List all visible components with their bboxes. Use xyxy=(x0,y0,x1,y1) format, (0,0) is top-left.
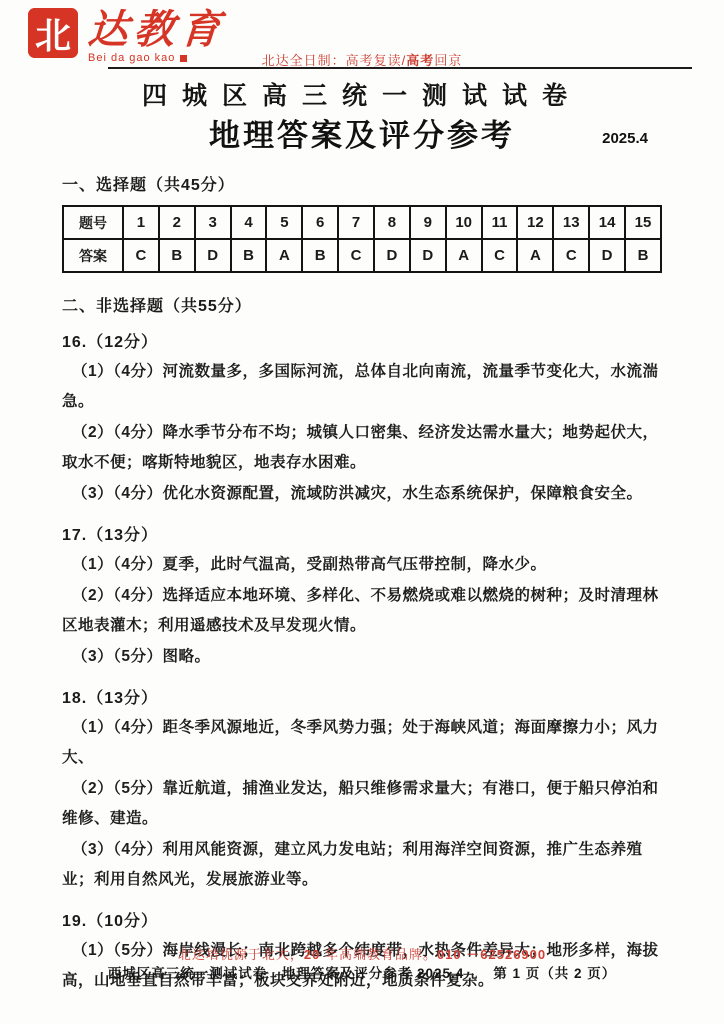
table-cell: C xyxy=(482,239,518,272)
table-row-label: 答案 xyxy=(63,239,123,272)
section1-heading: 一、选择题（共45分） xyxy=(62,172,663,195)
table-cell: 7 xyxy=(338,206,374,239)
table-row-label: 题号 xyxy=(63,206,123,239)
table-cell: 11 xyxy=(482,206,518,239)
table-cell: D xyxy=(195,239,231,272)
table-cell: D xyxy=(410,239,446,272)
answer-item: （3）（4分）优化水资源配置，流域防洪减灾，水生态系统保护，保障粮食安全。 xyxy=(62,479,663,509)
table-cell: 13 xyxy=(553,206,589,239)
answer-item: （2）（4分）选择适应本地环境、多样化、不易燃烧或难以燃烧的树种；及时清理林区地… xyxy=(62,581,663,641)
table-cell: D xyxy=(374,239,410,272)
answer-item: （2）（4分）降水季节分布不均；城镇人口密集、经济发达需水量大；地势起伏大，取水… xyxy=(62,418,663,478)
tagline-suffix: 回京 xyxy=(434,53,462,68)
table-cell: 4 xyxy=(231,206,267,239)
answer-item: （1）（4分）河流数量多，多国际河流，总体自北向南流，流量季节变化大，水流湍急。 xyxy=(62,357,663,417)
answer-item: （3）（4分）利用风能资源，建立风力发电站；利用海洋空间资源，推广生态养殖业；利… xyxy=(62,835,663,895)
question-block-16: 16.（12分） （1）（4分）河流数量多，多国际河流，总体自北向南流，流量季节… xyxy=(62,329,663,509)
table-cell: 3 xyxy=(195,206,231,239)
question-block-18: 18.（13分） （1）（4分）距冬季风源地近，冬季风势力强；处于海峡风道；海面… xyxy=(62,685,663,895)
table-cell: 10 xyxy=(446,206,482,239)
main-content: 一、选择题（共45分） 题号123456789101112131415答案CBD… xyxy=(62,172,663,997)
table-cell: 8 xyxy=(374,206,410,239)
table-cell: 15 xyxy=(625,206,661,239)
logo-calligraphy-text: 达教育 xyxy=(86,8,227,52)
answer-item: （2）（5分）靠近航道，捕渔业发达，船只维修需求量大；有港口，便于船只停泊和维修… xyxy=(62,774,663,834)
table-cell: 1 xyxy=(123,206,159,239)
table-cell: 12 xyxy=(517,206,553,239)
table-cell: A xyxy=(517,239,553,272)
promo-year: 20 xyxy=(304,947,320,962)
table-cell: 5 xyxy=(266,206,302,239)
tagline-prefix: 北达全日制：高考复读/ xyxy=(262,53,407,68)
table-cell: A xyxy=(266,239,302,272)
table-cell: D xyxy=(589,239,625,272)
answer-table: 题号123456789101112131415答案CBDBABCDDACACDB xyxy=(62,205,662,273)
question-title: 16.（12分） xyxy=(62,329,663,352)
table-cell: 2 xyxy=(159,206,195,239)
answer-item: （3）（5分）图略。 xyxy=(62,642,663,672)
table-cell: B xyxy=(231,239,267,272)
table-cell: C xyxy=(553,239,589,272)
question-title: 19.（10分） xyxy=(62,908,663,931)
promo-prefix: 北达培优源于北大， xyxy=(178,947,304,962)
table-cell: 6 xyxy=(302,206,338,239)
question-title: 18.（13分） xyxy=(62,685,663,708)
document-page: 北 达教育 Bei da gao kao 北达全日制：高考复读/高考回京 四城区… xyxy=(0,0,724,1024)
table-cell: 9 xyxy=(410,206,446,239)
table-cell: B xyxy=(159,239,195,272)
promo-phone: 010 －62526900 xyxy=(437,947,546,962)
question-title: 17.（13分） xyxy=(62,522,663,545)
table-cell: 14 xyxy=(589,206,625,239)
exam-title: 四城区高三统一测试试卷 xyxy=(0,76,724,112)
exam-date: 2025.4 xyxy=(602,130,648,147)
header-divider-line xyxy=(108,67,692,69)
table-cell: B xyxy=(625,239,661,272)
answer-item: （1）（4分）夏季，此时气温高，受副热带高气压带控制，降水少。 xyxy=(62,550,663,580)
table-cell: A xyxy=(446,239,482,272)
table-cell: C xyxy=(123,239,159,272)
answer-item: （1）（4分）距冬季风源地近，冬季风势力强；处于海峡风道；海面摩擦力小；风力大、 xyxy=(62,713,663,773)
question-block-17: 17.（13分） （1）（4分）夏季，此时气温高，受副热带高气压带控制，降水少。… xyxy=(62,522,663,672)
footer-promo: 北达培优源于北大，20 年高端教育品牌。010 －62526900 xyxy=(0,944,724,963)
footer-page-line: 西城区高三统一测试试卷 地理答案及评分参考 2025.4 第 1 页（共 2 页… xyxy=(0,962,724,982)
table-cell: C xyxy=(338,239,374,272)
table-cell: B xyxy=(302,239,338,272)
promo-mid: 年高端教育品牌。 xyxy=(320,947,437,962)
section2-heading: 二、非选择题（共55分） xyxy=(62,293,663,316)
tagline-bold: 高考 xyxy=(406,53,434,68)
